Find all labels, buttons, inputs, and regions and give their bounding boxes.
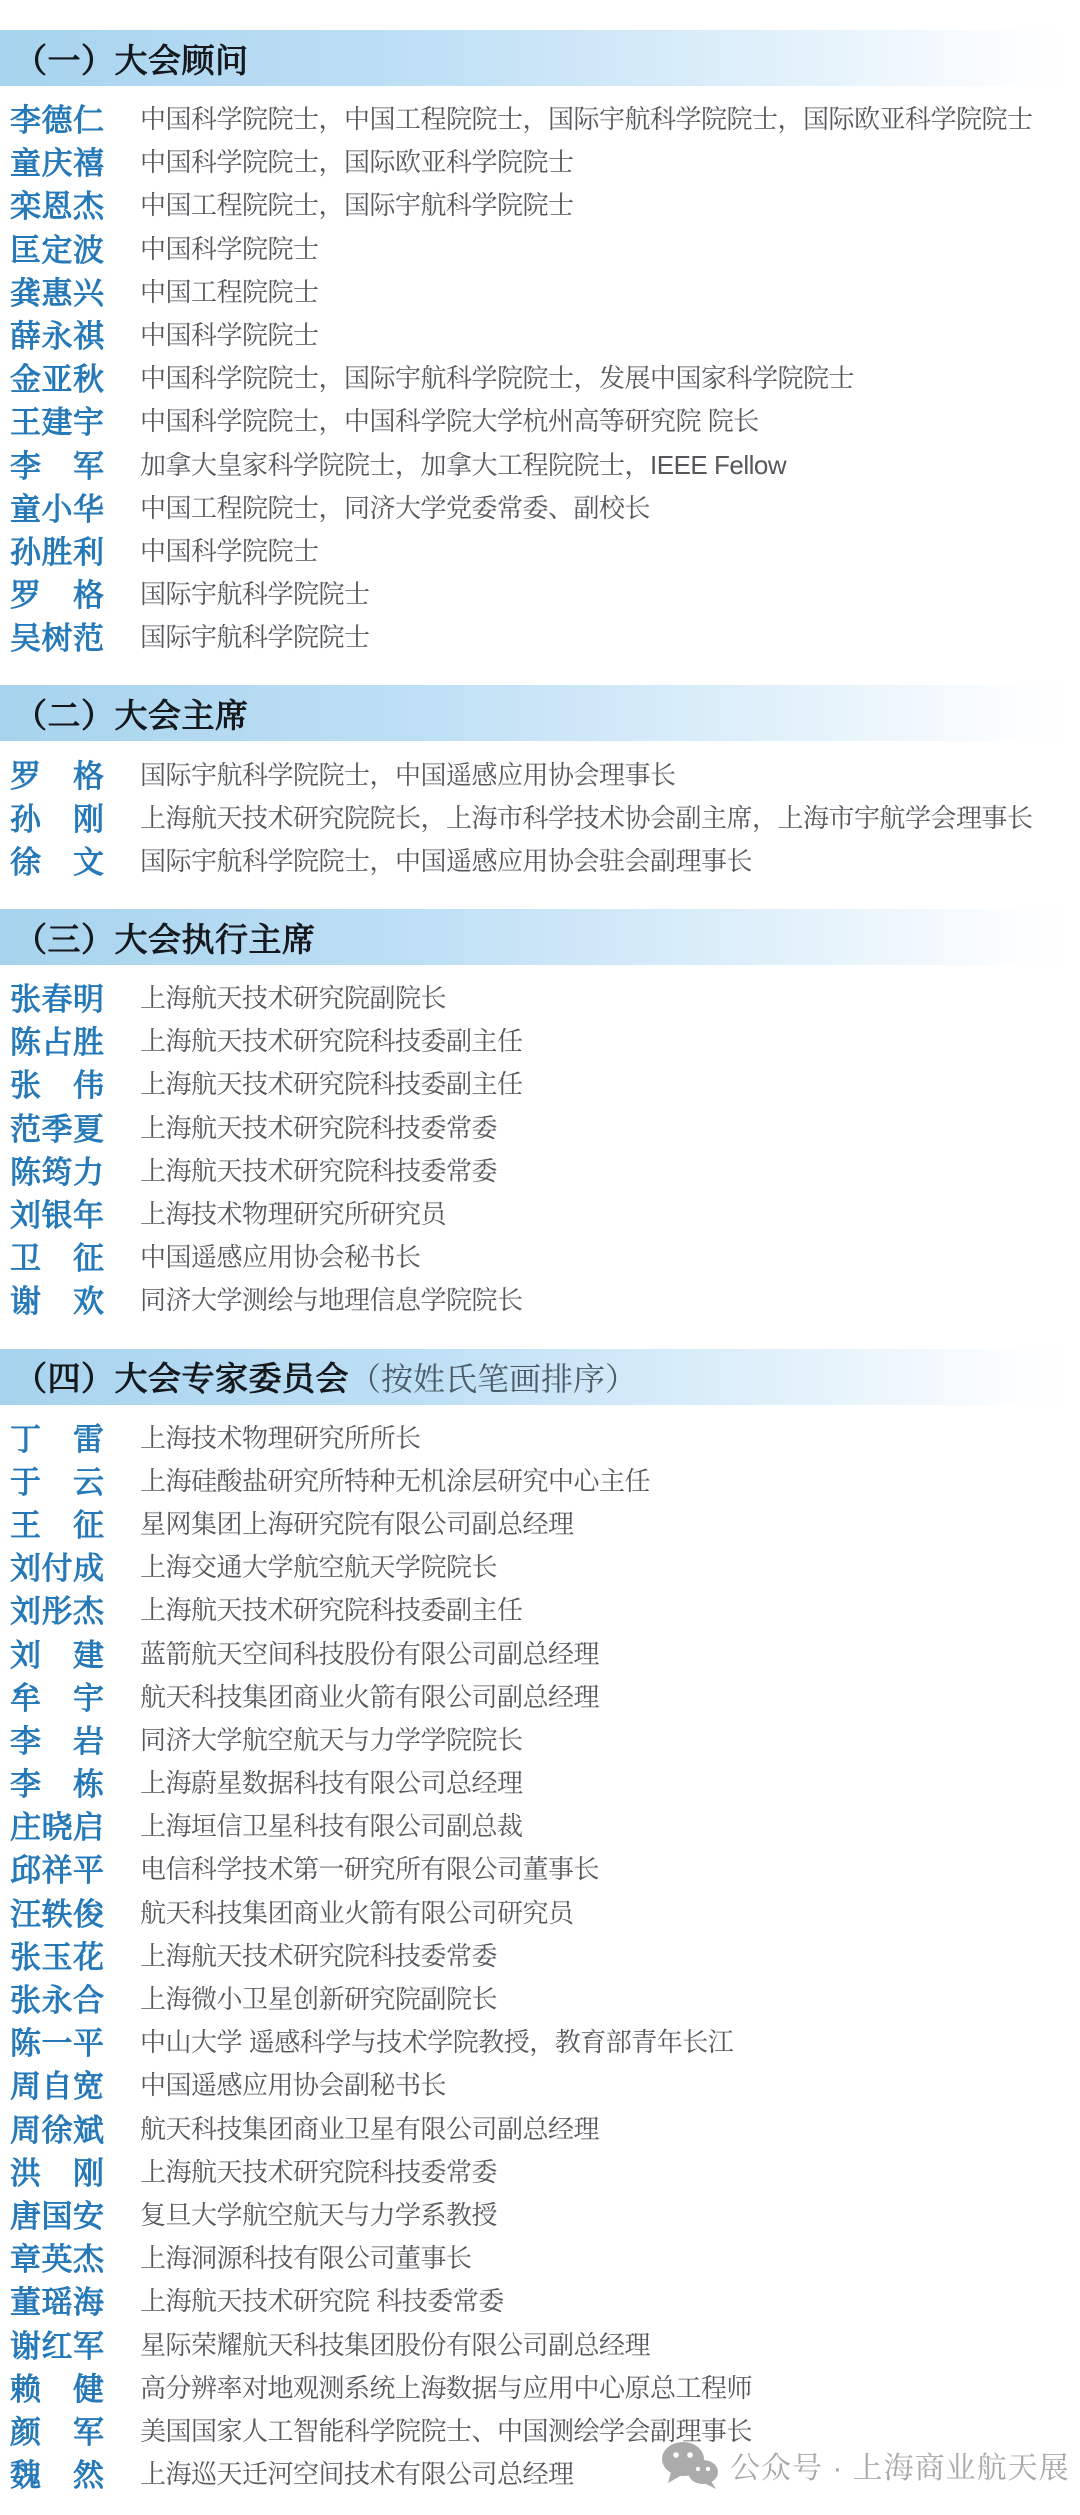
member-name: 陈筠力 [10, 1148, 106, 1191]
member-role: 国际宇航科学院院士，中国遥感应用协会理事长 [140, 755, 676, 792]
section-title: （四）大会专家委员会 [14, 1353, 349, 1400]
member-name: 张春明 [10, 975, 106, 1018]
member-role: 上海巡天迁河空间技术有限公司总经理 [140, 2454, 574, 2491]
member-row: 吴树范 国际宇航科学院院士 [0, 614, 1080, 657]
member-name: 王建宇 [10, 398, 106, 441]
member-role: 上海微小卫星创新研究院副院长 [140, 1979, 497, 2016]
committee-section: （三）大会执行主席 张春明 上海航天技术研究院副院长 陈占胜 上海航天技术研究院… [0, 909, 1080, 1349]
member-role: 加拿大皇家科学院院士，加拿大工程院院士，IEEE Fellow [140, 445, 786, 482]
member-row: 童庆禧 中国科学院院士，国际欧亚科学院院士 [0, 139, 1080, 182]
member-name: 汪轶俊 [10, 1890, 106, 1933]
member-row: 栾恩杰 中国工程院院士，国际宇航科学院院士 [0, 182, 1080, 225]
member-role: 中国遥感应用协会副秘书长 [140, 2065, 446, 2102]
member-row: 周自宽 中国遥感应用协会副秘书长 [0, 2062, 1080, 2105]
member-role: 高分辨率对地观测系统上海数据与应用中心原总工程师 [140, 2368, 752, 2405]
member-role: 同济大学航空航天与力学学院院长 [140, 1720, 523, 1757]
member-role: 中国工程院院士，同济大学党委常委、副校长 [140, 488, 650, 525]
member-role: 上海垣信卫星科技有限公司副总裁 [140, 1806, 523, 1843]
member-row: 张永合 上海微小卫星创新研究院副院长 [0, 1976, 1080, 2019]
member-role: 星网集团上海研究院有限公司副总经理 [140, 1504, 574, 1541]
member-list: 罗 格 国际宇航科学院院士，中国遥感应用协会理事长 孙 刚 上海航天技术研究院院… [0, 741, 1080, 909]
member-name: 孙 刚 [10, 795, 106, 838]
member-row: 李 军 加拿大皇家科学院院士，加拿大工程院院士，IEEE Fellow [0, 442, 1080, 485]
member-row: 刘 建 蓝箭航天空间科技股份有限公司副总经理 [0, 1630, 1080, 1673]
member-name: 龚惠兴 [10, 269, 106, 312]
member-name: 徐 文 [10, 838, 106, 881]
member-role: 国际宇航科学院院士 [140, 574, 370, 611]
member-row: 谢红军 星际荣耀航天科技集团股份有限公司副总经理 [0, 2321, 1080, 2364]
member-name: 李 栋 [10, 1760, 106, 1803]
member-row: 罗 格 国际宇航科学院院士 [0, 571, 1080, 614]
member-name: 童小华 [10, 485, 106, 528]
member-row: 董瑶海 上海航天技术研究院 科技委常委 [0, 2278, 1080, 2321]
member-row: 庄晓启 上海垣信卫星科技有限公司副总裁 [0, 1803, 1080, 1846]
member-name: 牟 宇 [10, 1674, 106, 1717]
member-name: 范季夏 [10, 1105, 106, 1148]
committee-list: （一）大会顾问 李德仁 中国科学院院士，中国工程院院士，国际宇航科学院院士，国际… [0, 30, 1080, 2515]
member-role: 上海硅酸盐研究所特种无机涂层研究中心主任 [140, 1461, 650, 1498]
member-row: 于 云 上海硅酸盐研究所特种无机涂层研究中心主任 [0, 1458, 1080, 1501]
member-role: 上海航天技术研究院科技委副主任 [140, 1590, 523, 1627]
member-name: 颜 军 [10, 2408, 106, 2451]
member-row: 周徐斌 航天科技集团商业卫星有限公司副总经理 [0, 2106, 1080, 2149]
member-row: 薛永祺 中国科学院院士 [0, 312, 1080, 355]
member-row: 童小华 中国工程院院士，同济大学党委常委、副校长 [0, 485, 1080, 528]
member-role: 上海蔚星数据科技有限公司总经理 [140, 1763, 523, 1800]
member-row: 李德仁 中国科学院院士，中国工程院院士，国际宇航科学院院士，国际欧亚科学院院士 [0, 96, 1080, 139]
member-role: 上海洞源科技有限公司董事长 [140, 2238, 472, 2275]
member-row: 刘彤杰 上海航天技术研究院科技委副主任 [0, 1587, 1080, 1630]
member-role: 复旦大学航空航天与力学系教授 [140, 2195, 497, 2232]
member-name: 刘银年 [10, 1191, 106, 1234]
member-role: 中国科学院院士，中国工程院院士，国际宇航科学院院士，国际欧亚科学院院士 [140, 99, 1033, 136]
member-name: 张永合 [10, 1976, 106, 2019]
member-name: 张玉花 [10, 1933, 106, 1976]
member-role: 上海交通大学航空航天学院院长 [140, 1547, 497, 1584]
member-name: 丁 雷 [10, 1415, 106, 1458]
member-row: 王建宇 中国科学院院士，中国科学院大学杭州高等研究院 院长 [0, 398, 1080, 441]
member-role: 中国工程院院士 [140, 272, 319, 309]
member-role: 上海航天技术研究院科技委副主任 [140, 1021, 523, 1058]
member-role: 国际宇航科学院院士，中国遥感应用协会驻会副理事长 [140, 841, 752, 878]
member-row: 匡定波 中国科学院院士 [0, 226, 1080, 269]
section-title: （一）大会顾问 [14, 35, 249, 82]
member-row: 张春明 上海航天技术研究院副院长 [0, 975, 1080, 1018]
member-row: 罗 格 国际宇航科学院院士，中国遥感应用协会理事长 [0, 751, 1080, 794]
member-role: 上海航天技术研究院科技委常委 [140, 1151, 497, 1188]
member-row: 龚惠兴 中国工程院院士 [0, 269, 1080, 312]
member-name: 栾恩杰 [10, 182, 106, 225]
member-role: 上海航天技术研究院科技委常委 [140, 1936, 497, 1973]
member-list: 丁 雷 上海技术物理研究所所长 于 云 上海硅酸盐研究所特种无机涂层研究中心主任… [0, 1405, 1080, 2515]
member-name: 章英杰 [10, 2235, 106, 2278]
member-row: 刘银年 上海技术物理研究所研究员 [0, 1191, 1080, 1234]
member-row: 洪 刚 上海航天技术研究院科技委常委 [0, 2149, 1080, 2192]
member-role: 航天科技集团商业火箭有限公司研究员 [140, 1893, 574, 1930]
member-name: 李德仁 [10, 96, 106, 139]
member-name: 魏 然 [10, 2451, 106, 2494]
member-name: 童庆禧 [10, 139, 106, 182]
member-list: 李德仁 中国科学院院士，中国工程院院士，国际宇航科学院院士，国际欧亚科学院院士 … [0, 86, 1080, 685]
watermark-text: 公众号 · 上海商业航天展 [730, 2443, 1070, 2487]
member-name: 谢 欢 [10, 1277, 106, 1320]
member-name: 于 云 [10, 1458, 106, 1501]
member-row: 丁 雷 上海技术物理研究所所长 [0, 1415, 1080, 1458]
member-role: 上海航天技术研究院 科技委常委 [140, 2281, 504, 2318]
member-name: 周自宽 [10, 2062, 106, 2105]
member-row: 王 征 星网集团上海研究院有限公司副总经理 [0, 1501, 1080, 1544]
member-row: 谢 欢 同济大学测绘与地理信息学院院长 [0, 1277, 1080, 1320]
member-row: 徐 文 国际宇航科学院院士，中国遥感应用协会驻会副理事长 [0, 838, 1080, 881]
member-name: 吴树范 [10, 614, 106, 657]
member-name: 刘 建 [10, 1630, 106, 1673]
member-name: 王 征 [10, 1501, 106, 1544]
wechat-icon [660, 2440, 720, 2490]
member-row: 范季夏 上海航天技术研究院科技委常委 [0, 1105, 1080, 1148]
member-role: 电信科学技术第一研究所有限公司董事长 [140, 1849, 599, 1886]
member-role: 中国科学院院士，国际欧亚科学院院士 [140, 142, 574, 179]
member-role: 航天科技集团商业火箭有限公司副总经理 [140, 1677, 599, 1714]
member-row: 牟 宇 航天科技集团商业火箭有限公司副总经理 [0, 1674, 1080, 1717]
member-name: 唐国安 [10, 2192, 106, 2235]
member-name: 邱祥平 [10, 1846, 106, 1889]
member-row: 张 伟 上海航天技术研究院科技委副主任 [0, 1061, 1080, 1104]
member-role: 上海技术物理研究所所长 [140, 1418, 421, 1455]
section-subtitle: （按姓氏笔画排序） [349, 1354, 637, 1400]
member-name: 匡定波 [10, 226, 106, 269]
member-role: 上海航天技术研究院科技委常委 [140, 1108, 497, 1145]
member-role: 蓝箭航天空间科技股份有限公司副总经理 [140, 1634, 599, 1671]
section-title: （二）大会主席 [14, 690, 249, 737]
member-name: 张 伟 [10, 1061, 106, 1104]
member-name: 谢红军 [10, 2321, 106, 2364]
section-header: （二）大会主席 [0, 685, 1080, 741]
member-row: 李 岩 同济大学航空航天与力学学院院长 [0, 1717, 1080, 1760]
member-row: 章英杰 上海洞源科技有限公司董事长 [0, 2235, 1080, 2278]
member-role: 上海航天技术研究院副院长 [140, 978, 446, 1015]
member-role: 同济大学测绘与地理信息学院院长 [140, 1280, 523, 1317]
member-row: 赖 健 高分辨率对地观测系统上海数据与应用中心原总工程师 [0, 2365, 1080, 2408]
member-row: 卫 征 中国遥感应用协会秘书长 [0, 1234, 1080, 1277]
member-row: 张玉花 上海航天技术研究院科技委常委 [0, 1933, 1080, 1976]
committee-section: （二）大会主席 罗 格 国际宇航科学院院士，中国遥感应用协会理事长 孙 刚 上海… [0, 685, 1080, 909]
member-role: 星际荣耀航天科技集团股份有限公司副总经理 [140, 2325, 650, 2362]
member-role: 上海航天技术研究院科技委常委 [140, 2152, 497, 2189]
member-name: 董瑶海 [10, 2278, 106, 2321]
member-row: 陈筠力 上海航天技术研究院科技委常委 [0, 1148, 1080, 1191]
member-row: 李 栋 上海蔚星数据科技有限公司总经理 [0, 1760, 1080, 1803]
member-role: 中国科学院院士 [140, 229, 319, 266]
member-name: 薛永祺 [10, 312, 106, 355]
section-title: （三）大会执行主席 [14, 914, 316, 961]
committee-section: （四）大会专家委员会（按姓氏笔画排序） 丁 雷 上海技术物理研究所所长 于 云 … [0, 1349, 1080, 2515]
member-role: 中国科学院院士 [140, 531, 319, 568]
committee-page: （一）大会顾问 李德仁 中国科学院院士，中国工程院院士，国际宇航科学院院士，国际… [0, 0, 1080, 2515]
member-row: 陈一平 中山大学 遥感科学与技术学院教授，教育部青年长江 [0, 2019, 1080, 2062]
member-row: 孙 刚 上海航天技术研究院院长，上海市科学技术协会副主席，上海市宇航学会理事长 [0, 795, 1080, 838]
member-row: 邱祥平 电信科学技术第一研究所有限公司董事长 [0, 1846, 1080, 1889]
member-name: 陈一平 [10, 2019, 106, 2062]
member-name: 李 岩 [10, 1717, 106, 1760]
member-role: 中国遥感应用协会秘书长 [140, 1237, 421, 1274]
member-list: 张春明 上海航天技术研究院副院长 陈占胜 上海航天技术研究院科技委副主任 张 伟… [0, 965, 1080, 1349]
member-name: 刘彤杰 [10, 1587, 106, 1630]
member-row: 陈占胜 上海航天技术研究院科技委副主任 [0, 1018, 1080, 1061]
member-name: 陈占胜 [10, 1018, 106, 1061]
member-role: 中山大学 遥感科学与技术学院教授，教育部青年长江 [140, 2022, 733, 2059]
section-header: （三）大会执行主席 [0, 909, 1080, 965]
member-role: 上海航天技术研究院院长，上海市科学技术协会副主席，上海市宇航学会理事长 [140, 798, 1033, 835]
member-role: 上海航天技术研究院科技委副主任 [140, 1064, 523, 1101]
member-row: 金亚秋 中国科学院院士，国际宇航科学院院士，发展中国家科学院院士 [0, 355, 1080, 398]
section-header: （一）大会顾问 [0, 30, 1080, 86]
committee-section: （一）大会顾问 李德仁 中国科学院院士，中国工程院院士，国际宇航科学院院士，国际… [0, 30, 1080, 685]
member-role: 国际宇航科学院院士 [140, 617, 370, 654]
member-name: 罗 格 [10, 751, 106, 794]
member-name: 庄晓启 [10, 1803, 106, 1846]
member-name: 金亚秋 [10, 355, 106, 398]
member-role: 中国工程院院士，国际宇航科学院院士 [140, 185, 574, 222]
member-name: 赖 健 [10, 2365, 106, 2408]
section-header: （四）大会专家委员会（按姓氏笔画排序） [0, 1349, 1080, 1405]
member-role: 上海技术物理研究所研究员 [140, 1194, 446, 1231]
member-name: 李 军 [10, 442, 106, 485]
watermark: 公众号 · 上海商业航天展 [660, 2440, 1070, 2490]
member-row: 孙胜利 中国科学院院士 [0, 528, 1080, 571]
member-row: 刘付成 上海交通大学航空航天学院院长 [0, 1544, 1080, 1587]
member-name: 刘付成 [10, 1544, 106, 1587]
member-name: 洪 刚 [10, 2149, 106, 2192]
member-row: 唐国安 复旦大学航空航天与力学系教授 [0, 2192, 1080, 2235]
member-role: 中国科学院院士，中国科学院大学杭州高等研究院 院长 [140, 401, 759, 438]
member-role: 中国科学院院士，国际宇航科学院院士，发展中国家科学院院士 [140, 358, 854, 395]
member-name: 卫 征 [10, 1234, 106, 1277]
member-name: 周徐斌 [10, 2106, 106, 2149]
member-row: 汪轶俊 航天科技集团商业火箭有限公司研究员 [0, 1890, 1080, 1933]
member-role: 航天科技集团商业卫星有限公司副总经理 [140, 2109, 599, 2146]
member-name: 孙胜利 [10, 528, 106, 571]
member-name: 罗 格 [10, 571, 106, 614]
member-role: 中国科学院院士 [140, 315, 319, 352]
